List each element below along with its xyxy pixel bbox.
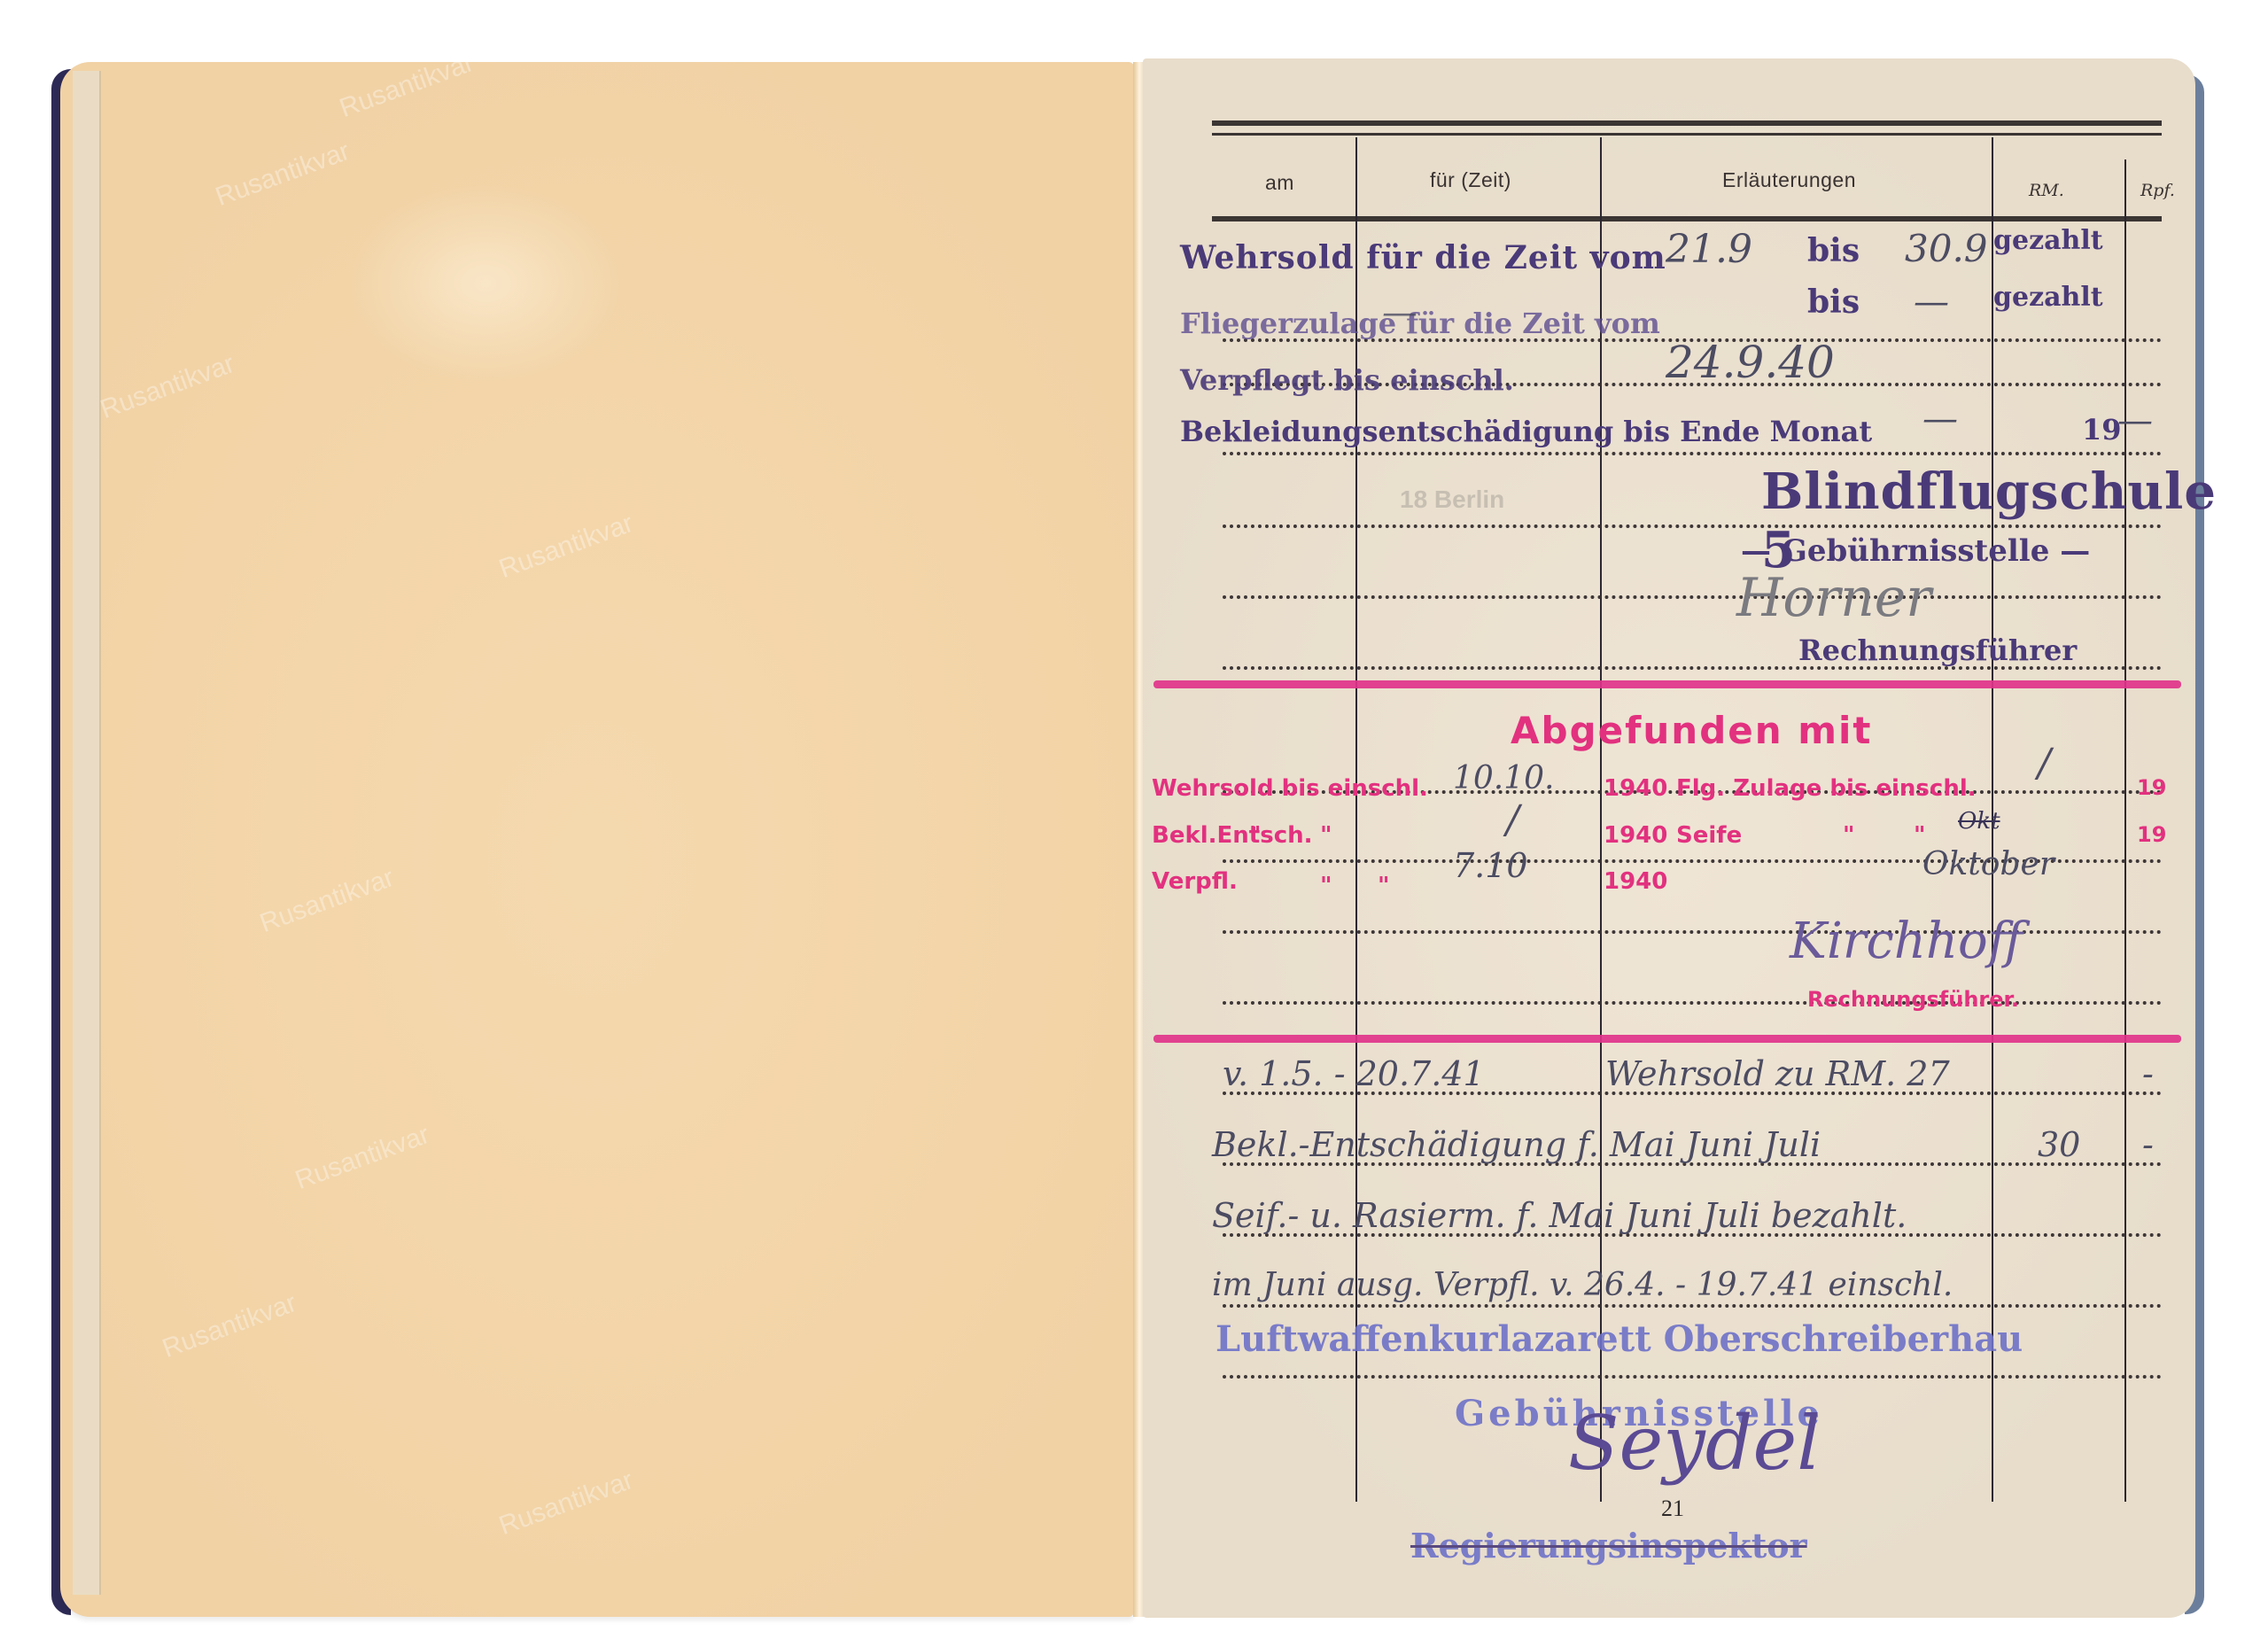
stamp-year: 19 — [2137, 775, 2166, 800]
handwritten-verpflegt-date: 24.9.40 — [1666, 337, 1835, 388]
stamp-fliegerzulage-label: Fliegerzulage für die Zeit vom — [1180, 307, 1660, 340]
handwritten-line2-amount: 30 — [2038, 1125, 2080, 1164]
stamp-luftwaffenkurlazarett: Luftwaffenkurlazarett Oberschreiberhau — [1216, 1318, 2023, 1360]
left-page-inner-line — [99, 71, 101, 1595]
ditto-mark: " — [1843, 822, 1855, 849]
signature-horner: Horner — [1736, 567, 1931, 629]
stamp-gezahlt: gezahlt — [1993, 282, 2103, 313]
column-header-rm: RM. — [2029, 181, 2064, 200]
handwritten-fliegerzulage-from: — — [1382, 292, 1417, 333]
stamp-regierungsinspektor: Regierungsinspektor — [1410, 1526, 1807, 1565]
handwritten-seife-value: Okt — [1958, 808, 2000, 835]
stamp-gebuehrnisstelle: — Gebührnisstelle — — [1741, 533, 2090, 569]
stamp-rechnungsfuehrer: Rechnungsführer — [1798, 633, 2077, 667]
stamp-year: 1940 — [1604, 775, 1667, 802]
header-top-rule-thin — [1212, 133, 2162, 136]
row-line — [1223, 595, 2162, 599]
stamp-verpflegt-label: Verpflegt bis einschl. — [1180, 363, 1514, 397]
stamp-rechnungsfuehrer: Rechnungsführer. — [1807, 987, 2019, 1012]
column-divider — [2124, 159, 2126, 1502]
ditto-mark: " — [1378, 873, 1390, 899]
row-line — [1223, 452, 2162, 455]
stamp-flg-zulage-label: Flg. Zulage bis einschl. — [1676, 775, 1977, 802]
handwritten-bekleidung-value: — — [1922, 399, 1958, 439]
stamp-year: 1940 — [1604, 822, 1667, 849]
faint-stamp: 18 Berlin — [1400, 486, 1504, 514]
stamp-seife-label: Seife — [1676, 822, 1742, 849]
stamp-wehrsold-label: Wehrsold für die Zeit vom — [1180, 239, 1666, 276]
handwritten-verpfl-note: Oktober — [1922, 846, 2054, 882]
stamp-abgefunden-heading: Abgefunden mit — [1511, 709, 1873, 752]
handwritten-line2-pf: - — [2142, 1125, 2154, 1164]
handwritten-fliegerzulage-to: — — [1914, 282, 1949, 322]
pink-separator-line — [1153, 680, 2181, 688]
row-line — [1223, 1001, 2162, 1005]
ditto-mark: " — [1914, 822, 1926, 849]
signature-kirchhoff: Kirchhoff — [1790, 913, 2023, 970]
stamp-gezahlt: gezahlt — [1993, 225, 2103, 256]
handwritten-bekl-value: / — [1506, 797, 1519, 843]
column-header-rpf: Rpf. — [2140, 181, 2175, 200]
stamp-year: 19 — [2082, 413, 2122, 447]
ditto-mark: " — [1320, 873, 1332, 899]
signature-seydel: Seydel — [1568, 1400, 1821, 1487]
column-header-fuer-zeit: für (Zeit) — [1430, 168, 1511, 192]
column-header-am: am — [1265, 171, 1294, 195]
row-line — [1223, 1375, 2162, 1379]
handwritten-wehrsold-from: 21.9 — [1666, 227, 1752, 272]
handwritten-line2-text: Bekl.-Entschädigung f. Mai Juni Juli — [1212, 1125, 1821, 1164]
stamp-year: 1940 — [1604, 868, 1667, 895]
ditto-mark: " — [1249, 822, 1262, 849]
handwritten-line4-text: im Juni ausg. Verpfl. v. 26.4. - 19.7.41… — [1212, 1267, 1953, 1303]
handwritten-line3-text: Seif.- u. Rasierm. f. Mai Juni Juli beza… — [1212, 1196, 1907, 1235]
handwritten-line1-text: Wehrsold zu RM. 27 — [1605, 1054, 1950, 1093]
handwritten-flg-zulage-value: / — [2038, 741, 2051, 786]
stamp-wehrsold-label: Wehrsold bis einschl. — [1152, 775, 1428, 802]
stamp-bekl-entsch-label: Bekl.Entsch. — [1152, 822, 1313, 849]
ditto-mark: " — [1320, 822, 1332, 849]
handwritten-line1-pf: - — [2142, 1054, 2154, 1093]
column-header-erlaeuterungen: Erläuterungen — [1722, 168, 1856, 192]
left-page — [60, 62, 1134, 1617]
stamp-bekleidung-label: Bekleidungsentschädigung bis Ende Monat — [1180, 415, 1872, 448]
stamp-verpfl-label: Verpfl. — [1152, 868, 1238, 895]
page-number: 21 — [1661, 1496, 1684, 1522]
left-page-inner-strip — [73, 71, 99, 1595]
stamp-bis: bis — [1807, 232, 1860, 269]
handwritten-wehrsold-date: 10.10. — [1453, 760, 1555, 796]
pink-separator-line — [1153, 1035, 2181, 1043]
handwritten-verpfl-date: 7.10 — [1453, 846, 1528, 885]
stamp-year: 19 — [2137, 822, 2166, 847]
header-top-rule — [1212, 120, 2162, 126]
row-line — [1223, 1304, 2162, 1308]
handwritten-wehrsold-to: 30.9 — [1905, 227, 1988, 270]
handwritten-year-suffix: — — [2117, 400, 2153, 441]
stamp-bis: bis — [1807, 284, 1860, 321]
header-bottom-rule — [1212, 216, 2162, 221]
handwritten-line1-date: v. 1.5. - 20.7.41 — [1223, 1054, 1485, 1093]
